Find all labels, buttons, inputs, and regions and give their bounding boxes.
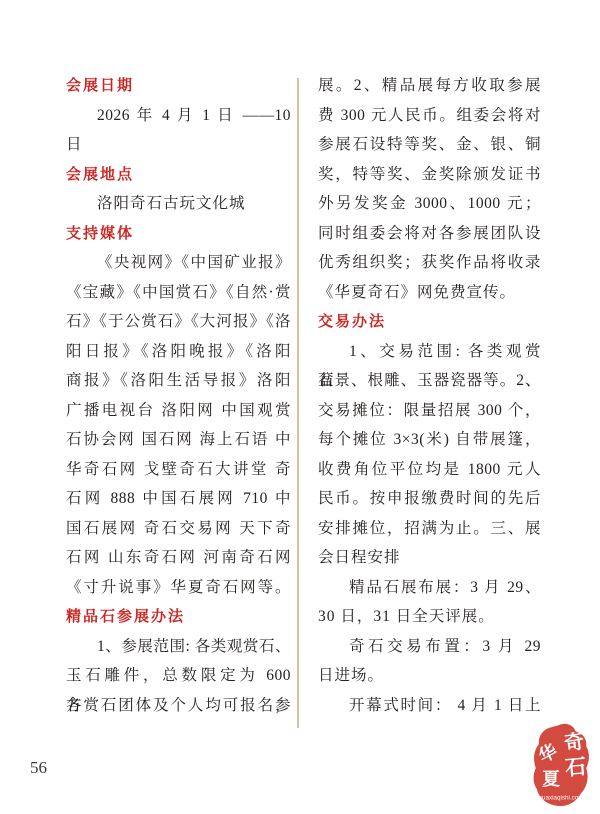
text-line: 石网 山东奇石网 河南奇石网 — [66, 543, 291, 573]
text-line: 每个摊位 3×3(米) 自带展篷， — [318, 425, 541, 455]
seal-char-xia: 夏 — [542, 768, 560, 789]
column-divider — [297, 78, 299, 728]
text-line: 民币。按申报缴费时间的先后 — [318, 484, 541, 514]
huaxia-qishi-seal: 奇 石 华 夏 huaxiaqishi.com — [529, 722, 593, 808]
text-line: 2026 年 4 月 1 日 ——10 — [66, 101, 291, 131]
section-heading: 精品石参展办法 — [66, 602, 291, 632]
text-line: 开幕式时间： 4 月 1 日上 — [318, 691, 541, 721]
text-line: 日 — [66, 130, 291, 160]
text-line: 日进场。 — [318, 661, 541, 691]
text-line: 收费角位平位均是 1800 元人 — [318, 455, 541, 485]
text-line: 优秀组织奖；获奖作品将收录 — [318, 248, 541, 278]
text-line: 各赏石团体及个人均可报名参 — [66, 691, 291, 721]
text-line: 会日程安排 — [318, 543, 541, 573]
text-line: 同时组委会将对各参展团队设 — [318, 219, 541, 249]
text-line: 《寸升说事》华夏奇石网等。 — [66, 573, 291, 603]
text-line: 盆景、根雕、玉器瓷器等。2、 — [318, 366, 541, 396]
text-line: 阳日报》《洛阳晚报》《洛阳 — [66, 337, 291, 367]
text-line: 交易摊位：限量招展 300 个， — [318, 396, 541, 426]
seal-char-shi: 石 — [564, 754, 587, 780]
text-line: 玉石雕件，总数限定为 600 方， — [66, 661, 291, 691]
text-line: 《宝藏》《中国赏石》《自然·赏 — [66, 278, 291, 308]
text-line: 《华夏奇石》网免费宣传。 — [318, 278, 541, 308]
text-line: 费 300 元人民币。组委会将对 — [318, 101, 541, 131]
text-line: 外另发奖金 3000、1000 元； — [318, 189, 541, 219]
text-line: 奇石交易布置：3 月 29 — [318, 632, 541, 662]
section-heading: 会展日期 — [66, 71, 291, 101]
text-line: 参展石设特等奖、金、银、铜 — [318, 130, 541, 160]
section-heading: 支持媒体 — [66, 219, 291, 249]
section-heading: 交易办法 — [318, 307, 541, 337]
text-line: 商报》《洛阳生活导报》洛阳 — [66, 366, 291, 396]
text-line: 1、交易范围: 各类观赏石、 — [318, 337, 541, 367]
text-line: 华奇石网 戈壁奇石大讲堂 奇 — [66, 455, 291, 485]
text-line: 奖，特等奖、金奖除颁发证书 — [318, 160, 541, 190]
page-number: 56 — [30, 758, 47, 778]
text-line: 精品石展布展：3 月 29、 — [318, 573, 541, 603]
text-line: 洛阳奇石古玩文化城 — [66, 189, 291, 219]
text-line: 1、参展范围: 各类观赏石、 — [66, 632, 291, 662]
seal-website-text: huaxiaqishi.com — [538, 795, 583, 802]
seal-char-qi: 奇 — [563, 730, 586, 756]
text-line: 展。2、精品展每方收取参展 — [318, 71, 541, 101]
text-line: 广播电视台 洛阳网 中国观赏 — [66, 396, 291, 426]
magazine-page: 会展日期2026 年 4 月 1 日 ——10日会展地点洛阳奇石古玩文化城支持媒… — [0, 0, 600, 814]
text-line: 30 日，31 日全天评展。 — [318, 602, 541, 632]
text-line: 石协会网 国石网 海上石语 中 — [66, 425, 291, 455]
text-line: 国石展网 奇石交易网 天下奇 — [66, 514, 291, 544]
right-column: 展。2、精品展每方收取参展费 300 元人民币。组委会将对参展石设特等奖、金、银… — [318, 71, 541, 720]
left-column: 会展日期2026 年 4 月 1 日 ——10日会展地点洛阳奇石古玩文化城支持媒… — [66, 71, 291, 720]
text-line: 石网 888 中国石展网 710 中 — [66, 484, 291, 514]
text-line: 《央视网》《中国矿业报》 — [66, 248, 291, 278]
text-line: 石》《于公赏石》《大河报》《洛 — [66, 307, 291, 337]
section-heading: 会展地点 — [66, 160, 291, 190]
text-line: 安排摊位，招满为止。三、展 — [318, 514, 541, 544]
